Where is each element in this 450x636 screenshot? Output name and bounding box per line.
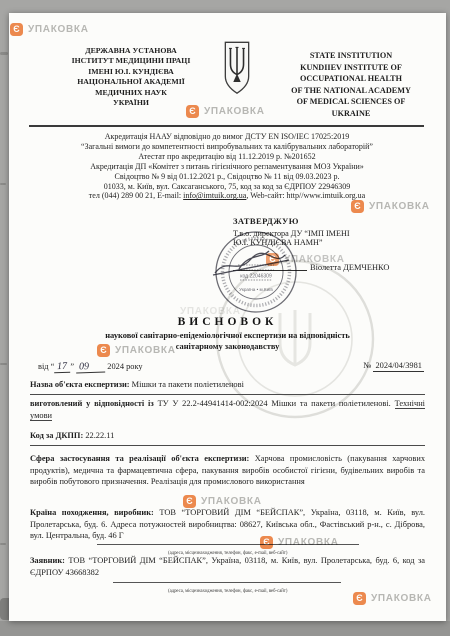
packaging-logo-icon: Є (353, 592, 366, 605)
field-scope: Сфера застосування та реалізації об'єкта… (30, 453, 425, 488)
watermark-text: УПАКОВКА (115, 345, 176, 356)
document-date: від “17” 09 2024 року (38, 361, 143, 373)
scan-background-bottom (0, 621, 450, 636)
handwritten-month: 09 (76, 360, 105, 373)
accreditation-block: Акредитація НААУ відповідно до вимог ДСТ… (27, 132, 427, 201)
upakovka-watermark: Є УПАКОВКА (351, 200, 430, 213)
packaging-logo-icon: Є (10, 23, 23, 36)
scan-artifact (0, 183, 6, 185)
packaging-logo-icon: Є (260, 536, 273, 549)
watermark-text: УПАКОВКА (28, 24, 89, 35)
field-value: 22.22.11 (85, 431, 114, 440)
header-line: ІНСТИТУТ МЕДИЦИНИ ПРАЦІ (39, 56, 223, 66)
address-caption-text: (адреса, місцезнаходження, телефон, факс… (168, 588, 287, 593)
document-number: № 2024/04/3981 (363, 361, 424, 370)
header-line: OCCUPATIONAL HEALTH (261, 73, 441, 85)
scanned-document: ДЕРЖАВНА УСТАНОВА ІНСТИТУТ МЕДИЦИНИ ПРАЦ… (0, 0, 450, 636)
header-line: OF THE NATIONAL ACADEMY (261, 85, 441, 97)
field-value: ТОВ “ТОРГОВИЙ ДІМ “БЕЙСПАК”, Україна, 03… (30, 556, 425, 577)
header-line: МЕДИЧНИХ НАУК (39, 88, 223, 98)
upakovka-watermark: Є УПАКОВКА (260, 536, 339, 549)
field-applicant: Заявник: ТОВ “ТОРГОВИЙ ДІМ “БЕЙСПАК”, Ук… (30, 555, 425, 578)
header-line: ІМЕНІ Ю.І. КУНДІЄВА (39, 67, 223, 77)
packaging-logo-icon: Є (351, 200, 364, 213)
upakovka-watermark: Є УПАКОВКА (97, 344, 176, 357)
contact-middle: , Web-сайт: (246, 191, 286, 200)
field-manufactured: виготовлений у відповідності із ТУ У 22.… (30, 398, 425, 421)
upakovka-watermark: Є УПАКОВКА (10, 23, 89, 36)
accreditation-line: Акредитація НААУ відповідно до вимог ДСТ… (27, 132, 427, 142)
field-label: Сфера застосування та реалізації об'єкта… (30, 454, 249, 463)
scan-artifact (0, 543, 6, 545)
field-label: Країна походження, виробник: (30, 508, 154, 517)
packaging-logo-icon: Є (183, 495, 196, 508)
scan-artifact (0, 363, 7, 365)
accreditation-line: “Загальні вимоги до компетентності випро… (27, 142, 427, 152)
institution-name-en: STATE INSTITUTION KUNDIIEV INSTITUTE OF … (261, 50, 441, 120)
ukraine-trident-icon (223, 39, 251, 97)
upakovka-watermark: Є УПАКОВКА (183, 495, 262, 508)
field-label: Назва об'єкта експертизи: (30, 380, 130, 389)
stamp-bottom-text: Україна • м.Київ (239, 287, 273, 292)
field-origin-producer: Країна походження, виробник: ТОВ “ТОРГОВ… (30, 507, 425, 542)
approval-heading: ЗАТВЕРДЖУЮ (233, 217, 438, 227)
field-label: виготовлений у відповідності із (30, 399, 154, 408)
accreditation-line: 01033, м. Київ, вул. Саксаганського, 75,… (27, 182, 427, 192)
field-dkpp-code: Код за ДКПП: 22.22.11 (30, 430, 425, 446)
header-line: KUNDIIEV INSTITUTE OF (261, 62, 441, 74)
date-suffix: 2024 року (107, 362, 142, 371)
number-label: № (363, 361, 371, 370)
email-link: info@imtuik.org.ua (183, 191, 246, 200)
watermark-text: УПАКОВКА (201, 496, 262, 507)
accreditation-line: Атестат про акредитацію від 11.12.2019 р… (27, 152, 427, 162)
watermark-text: УПАКОВКА (371, 593, 432, 604)
document-subtitle: санітарному законодавству (9, 342, 446, 351)
watermark-text: УПАКОВКА (278, 537, 339, 548)
packaging-logo-icon: Є (266, 253, 279, 266)
header-line: НАЦІОНАЛЬНОЇ АКАДЕМІЇ (39, 77, 223, 87)
field-value: ТУ У 22.2-44941414-002:2024 Мішки та пак… (158, 399, 391, 408)
header-line: ДЕРЖАВНА УСТАНОВА (39, 46, 223, 56)
upakovka-watermark: УПАКОВКА (180, 306, 241, 317)
upakovka-watermark: Є УПАКОВКА (353, 592, 432, 605)
watermark-text: УПАКОВКА (204, 106, 265, 117)
document-subtitle: наукової санітарно-епідеміологічної експ… (9, 331, 446, 340)
handwritten-day: 17 (54, 361, 70, 374)
field-value: Мішки та пакети поліетиленові (132, 380, 244, 389)
date-quote: ” (70, 362, 74, 371)
scan-artifact (0, 52, 8, 55)
packaging-logo-icon: Є (186, 105, 199, 118)
accreditation-line: Акредитація ДП «Комітет з питань гігієні… (27, 162, 427, 172)
packaging-logo-icon: Є (97, 344, 110, 357)
upakovka-watermark: Є УПАКОВКА (186, 105, 265, 118)
institution-name-ua: ДЕРЖАВНА УСТАНОВА ІНСТИТУТ МЕДИЦИНИ ПРАЦ… (39, 46, 223, 108)
field-label: Код за ДКПП: (30, 431, 83, 440)
upakovka-watermark: Є УПАКОВКА (266, 253, 345, 266)
contact-prefix: тел (044) 289 00 21, E-mail: (89, 191, 183, 200)
watermark-text: УПАКОВКА (284, 254, 345, 265)
header-line: OF MEDICAL SCIENCES OF (261, 96, 441, 108)
header-divider (29, 125, 424, 127)
header-line: STATE INSTITUTION (261, 50, 441, 62)
header-line: UKRAINE (261, 108, 441, 120)
date-prefix: від “ (38, 362, 54, 371)
address-caption: (адреса, місцезнаходження, телефон, факс… (113, 582, 341, 601)
watermark-text: УПАКОВКА (369, 201, 430, 212)
field-object-name: Назва об'єкта експертизи: Мішки та пакет… (30, 379, 425, 395)
watermark-text: УПАКОВКА (180, 306, 241, 317)
document-title: ВИСНОВОК (9, 316, 446, 328)
accreditation-line: Свідоцтво № 9 від 01.12.2021 р., Свідоцт… (27, 172, 427, 182)
number-value: 2024/04/3981 (373, 361, 424, 372)
field-label: Заявник: (30, 556, 65, 565)
